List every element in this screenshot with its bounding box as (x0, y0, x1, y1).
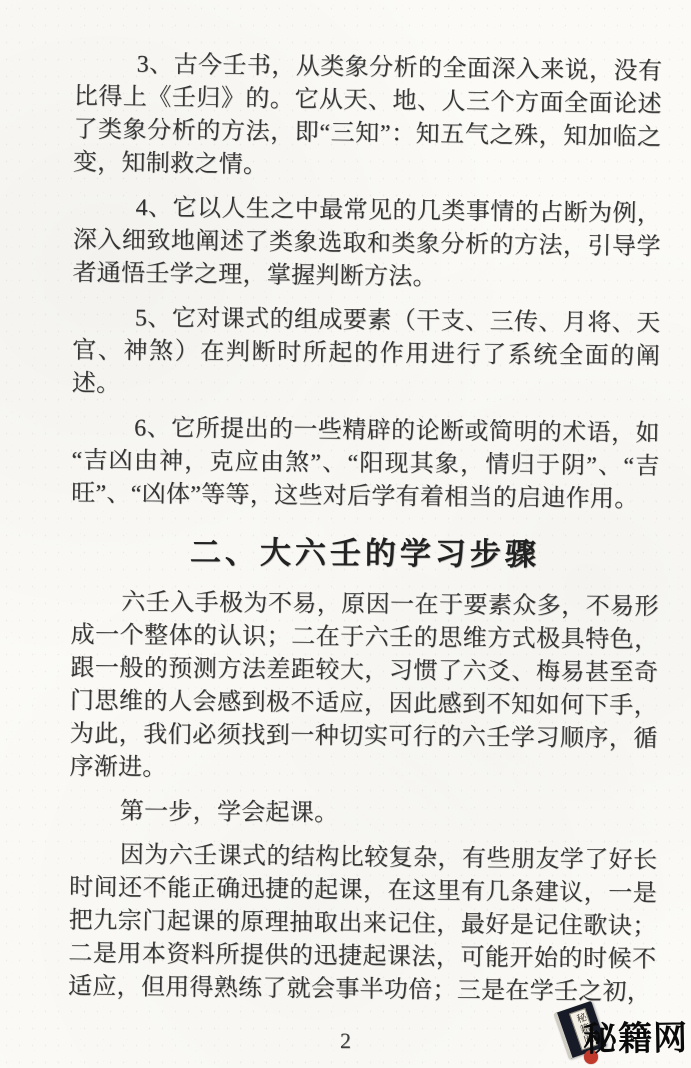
numbered-point-6: 6、它所提出的一些精辟的论断或简明的术语，如“吉凶由神，克应由煞”、“阳现其象，… (71, 412, 660, 517)
scanned-book-page: 3、古今壬书，从类象分析的全面深入来说，没有比得上《壬归》的。它从天、地、人三个… (0, 0, 691, 1068)
numbered-point-3: 3、古今壬书，从类象分析的全面深入来说，没有比得上《壬归》的。它从天、地、人三个… (73, 48, 663, 188)
numbered-point-4: 4、它以人生之中最常见的几类事情的占断为例，深入细致地阐述了类象选取和类象分析的… (72, 191, 661, 297)
body-paragraph-advice: 因为六壬课式的结构比较复杂，有些朋友学了好长时间还不能正确迅捷的起课，在这里有几… (68, 839, 658, 1010)
section-heading: 二、大六壬的学习步骤 (71, 531, 659, 577)
watermark-site-name: 秘籍网 (583, 1010, 689, 1061)
body-paragraph-step-one: 第一步，学会起课。 (69, 795, 657, 833)
text-block: 3、古今壬书，从类象分析的全面深入来说，没有比得上《壬归》的。它从天、地、人三个… (68, 50, 662, 1020)
watermark: 秘籍网 秘籍网 (556, 1006, 688, 1066)
body-paragraph-intro: 六壬入手极为不易，原因一在于要素众多，不易形成一个整体的认识；二在于六壬的思维方… (69, 586, 659, 789)
numbered-point-5: 5、它对课式的组成要素（干支、三传、月将、天官、神煞）在判断时所起的作用进行了系… (72, 302, 661, 407)
